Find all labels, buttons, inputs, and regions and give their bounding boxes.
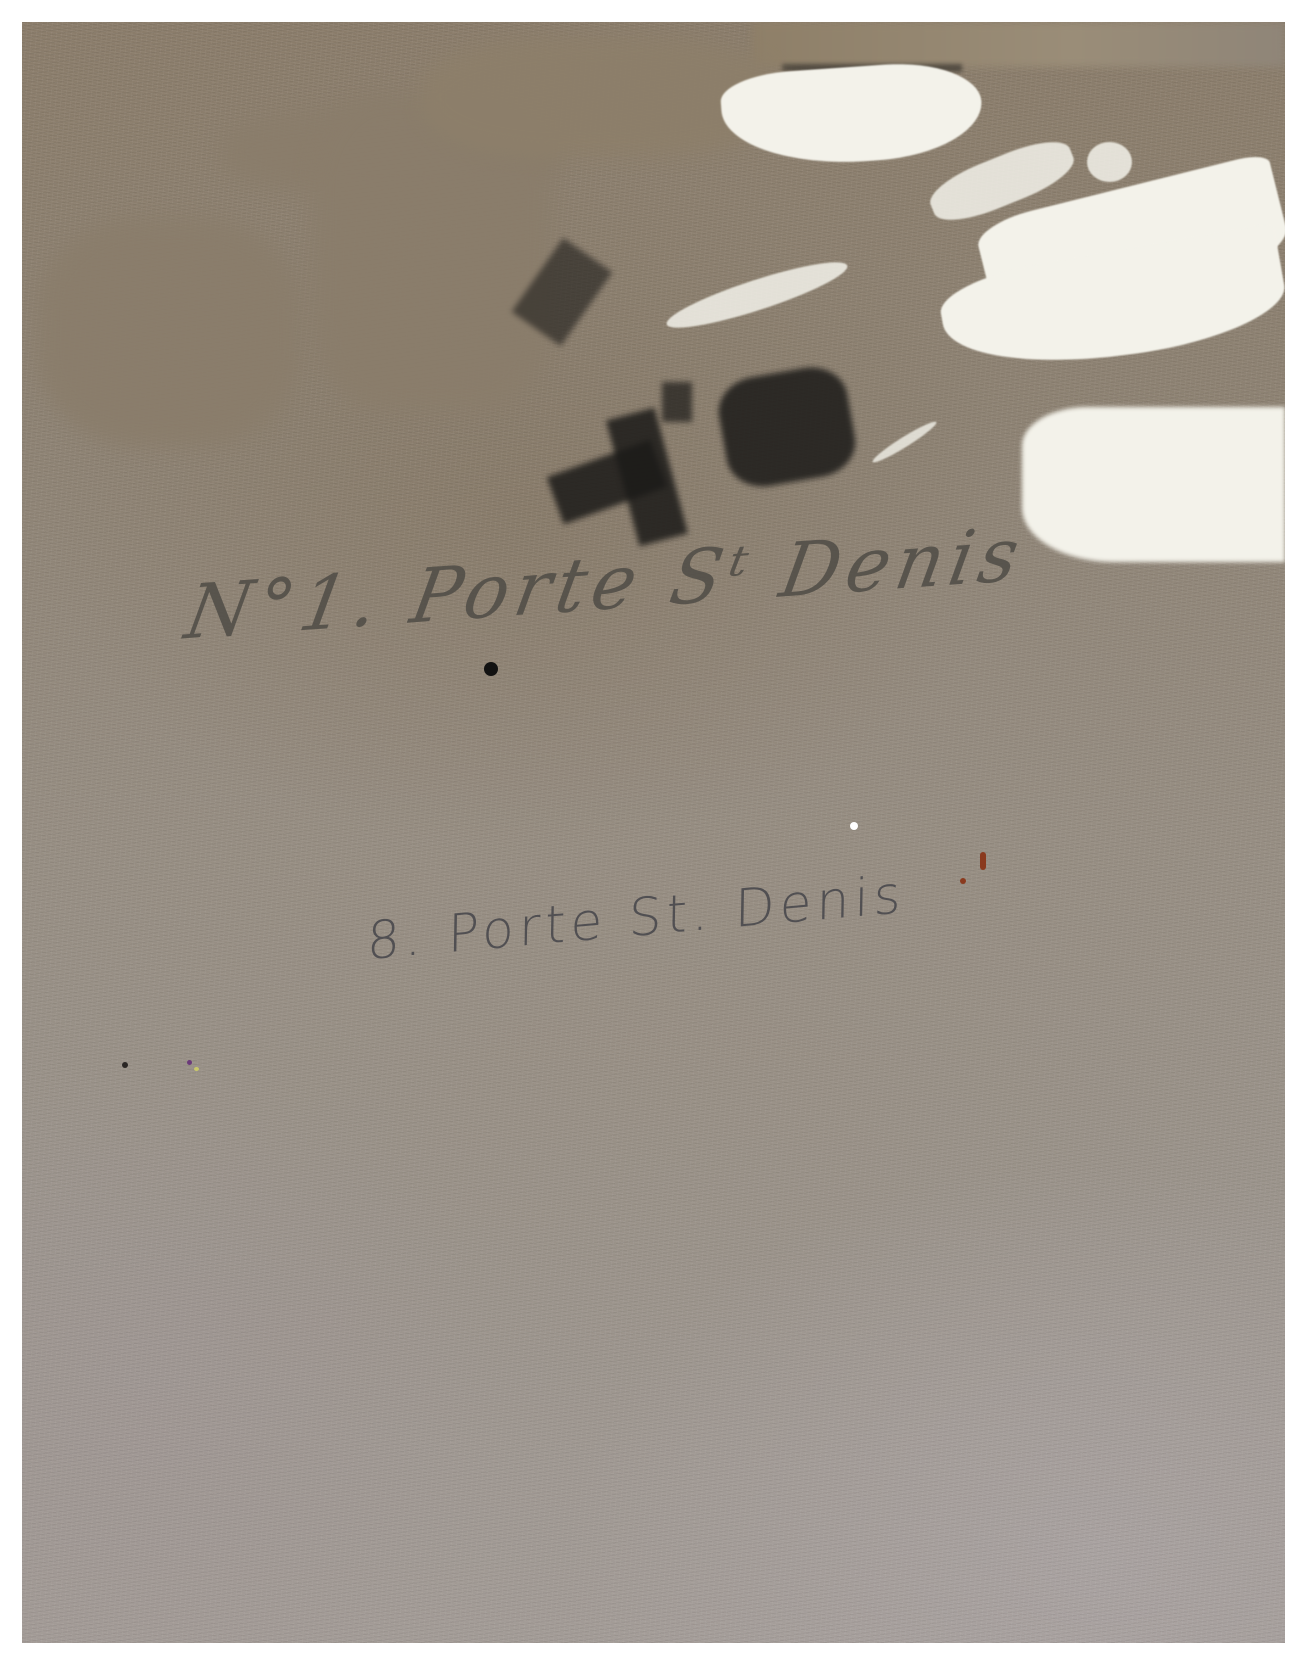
white-paint-stroke-7 [870,418,939,466]
painting-back: N°1. Porte Sᵗ Denis 8. Porte St. Denis [22,22,1285,1643]
ink-dot [484,662,498,676]
inscription-primary: N°1. Porte Sᵗ Denis [179,511,1031,657]
white-dot [850,822,858,830]
white-paint-stroke-1 [719,58,985,171]
rust-stain-2 [960,878,966,884]
white-paint-stroke-8 [1087,142,1132,182]
yellow-speck [194,1067,199,1071]
white-paint-stroke-6 [1022,407,1285,562]
dark-speck [122,1062,128,1068]
top-tan-strip [752,22,1285,67]
charcoal-mark-5 [662,382,692,422]
charcoal-mark-4 [713,362,860,493]
white-paint-stroke-2 [662,251,852,338]
purple-speck [187,1060,192,1065]
inscription-secondary: 8. Porte St. Denis [366,865,906,972]
rust-stain-1 [980,852,986,870]
blurred-region-1 [37,217,302,447]
